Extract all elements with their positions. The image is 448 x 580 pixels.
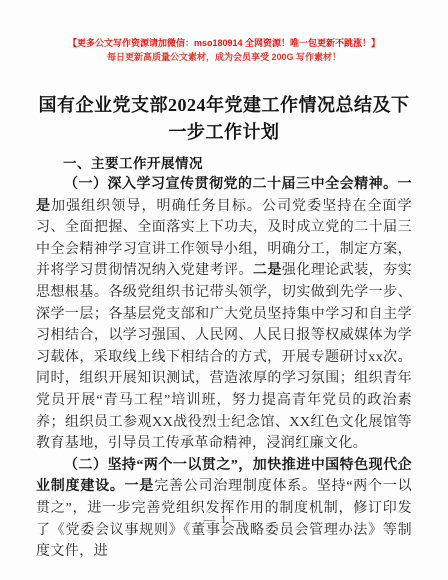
body-text: 强化理论武装，夯实思想根基。各级党组织书记带头领学，切实做到先学一步、深学一层；…	[36, 263, 412, 451]
body-paragraph: （一）深入学习宣传贯彻党的二十届三中全会精神。一是加强组织领导，明确任务目标。公…	[36, 174, 412, 455]
ad-banner-line2: 每日更新高质量公文素材，成为会员享受 200G 写作素材！	[0, 50, 448, 64]
document-page: 【更多公文写作资源请加微信：mso180914 全网资源！唯一包更新不跳涨！】 …	[0, 0, 448, 580]
document-body: （一）深入学习宣传贯彻党的二十届三中全会精神。一是加强组织领导，明确任务目标。公…	[36, 174, 412, 563]
emphasis-text: 二是	[253, 263, 282, 278]
document-title-line2: 一步工作计划	[34, 119, 414, 146]
document-title: 国有企业党支部2024年党建工作情况总结及下 一步工作计划	[34, 92, 414, 146]
ad-banner-line1: 【更多公文写作资源请加微信：mso180914 全网资源！唯一包更新不跳涨！】	[0, 36, 448, 50]
page-number: — 1 —	[0, 512, 448, 527]
section-heading: 一、主要工作开展情况	[36, 153, 412, 174]
ad-banner: 【更多公文写作资源请加微信：mso180914 全网资源！唯一包更新不跳涨！】 …	[0, 0, 448, 64]
body-paragraph: （二）坚持“两个一以贯之”，加快推进中国特色现代企业制度建设。一是完善公司治理制…	[36, 455, 412, 563]
document-title-line1: 国有企业党支部2024年党建工作情况总结及下	[34, 92, 414, 119]
